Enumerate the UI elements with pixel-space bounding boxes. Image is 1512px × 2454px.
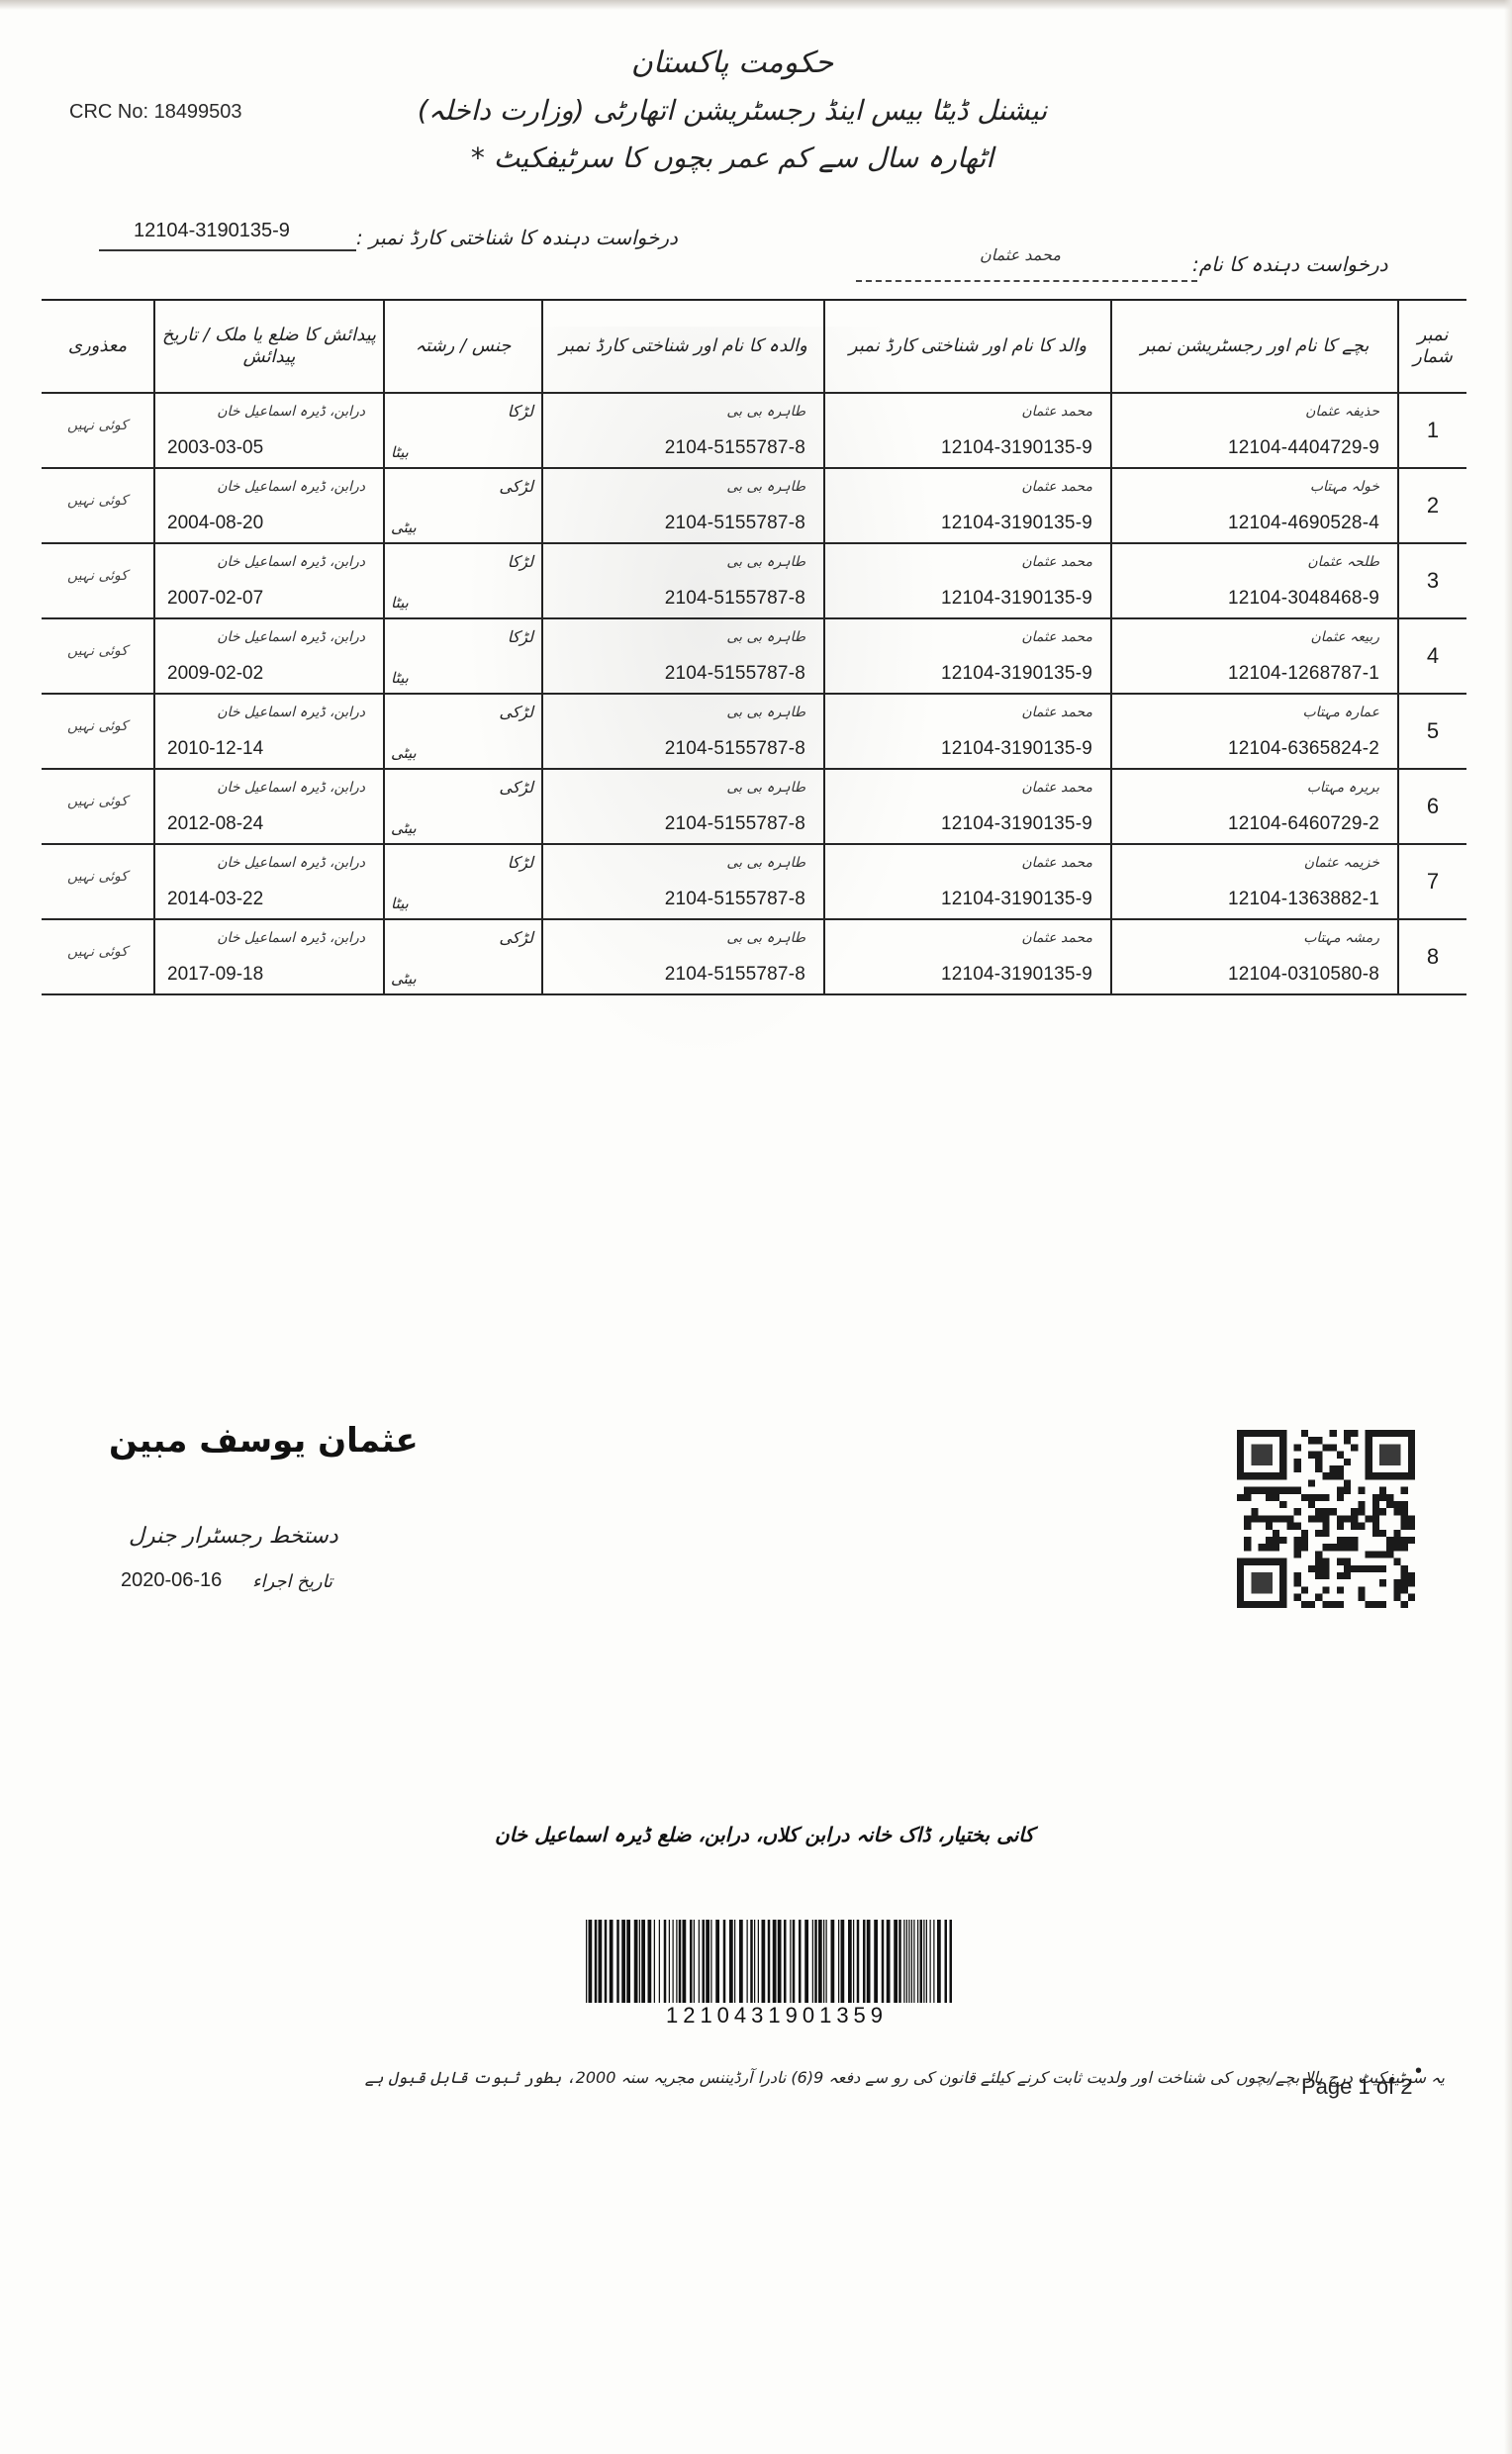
cell-disability: کوئی نہیں: [42, 845, 153, 918]
registrar-signature-name: عثمان یوسف مبین: [109, 1421, 419, 1461]
cell-serial: 1: [1397, 394, 1466, 467]
cell-birth: درابن، ڈیرہ اسماعیل خان 2010-12-14: [153, 695, 383, 768]
child-registration-number: 12104-3048468-9: [1228, 588, 1379, 610]
barcode-number: 1210431901359: [579, 2003, 975, 2029]
cell-child: خزیمہ عثمان 12104-1363882-1: [1110, 845, 1397, 918]
gender: لڑکا: [508, 402, 533, 421]
barcode-icon: [586, 1920, 957, 2003]
col-header-label: بچے کا نام اور رجسٹریشن نمبر: [1135, 335, 1375, 357]
gender: لڑکی: [499, 778, 533, 797]
cell-disability: کوئی نہیں: [42, 619, 153, 693]
cell-father: محمد عثمان 12104-3190135-9: [823, 770, 1110, 843]
cell-father: محمد عثمان 12104-3190135-9: [823, 920, 1110, 993]
cell-father: محمد عثمان 12104-3190135-9: [823, 619, 1110, 693]
date-of-birth: 2009-02-02: [167, 663, 263, 685]
serial-number: 1: [1399, 418, 1466, 443]
child-registration-number: 12104-0310580-8: [1228, 964, 1379, 986]
cell-father: محمد عثمان 12104-3190135-9: [823, 695, 1110, 768]
gender: لڑکا: [508, 552, 533, 571]
legal-footnote: یہ سرٹیفکیٹ درج بالا بچے/بچوں کی شناخت ا…: [287, 2068, 1445, 2087]
page-top-edge: [0, 0, 1512, 10]
gender: لڑکی: [499, 928, 533, 947]
disability: کوئی نہیں: [42, 493, 153, 509]
relation: بیٹا: [391, 669, 409, 687]
cell-serial: 6: [1397, 770, 1466, 843]
mother-name: طاہرہ بی بی: [726, 780, 805, 796]
table-row: 5 عمارہ مہتاب 12104-6365824-2 محمد عثمان…: [42, 695, 1466, 770]
cell-child: بریرہ مہتاب 12104-6460729-2: [1110, 770, 1397, 843]
father-name: محمد عثمان: [1021, 855, 1092, 871]
date-of-birth: 2003-03-05: [167, 437, 263, 459]
father-cnic: 12104-3190135-9: [941, 813, 1092, 835]
father-name: محمد عثمان: [1021, 780, 1092, 796]
page-number: Page 1 of 2: [1301, 2074, 1413, 2100]
cell-mother: طاہرہ بی بی 2104-5155787-8: [541, 619, 823, 693]
birth-place: درابن، ڈیرہ اسماعیل خان: [217, 554, 365, 570]
table-row: 2 خولہ مہتاب 12104-4690528-4 محمد عثمان …: [42, 469, 1466, 544]
col-header-father: والد کا نام اور شناختی کارڈ نمبر: [823, 301, 1110, 392]
cell-birth: درابن، ڈیرہ اسماعیل خان 2003-03-05: [153, 394, 383, 467]
mother-name: طاہرہ بی بی: [726, 930, 805, 946]
address: کانی بختیار، ڈاک خانہ درابن کلاں، درابن،…: [495, 1823, 1034, 1846]
table-row: 6 بریرہ مہتاب 12104-6460729-2 محمد عثمان…: [42, 770, 1466, 845]
cell-child: طلحہ عثمان 12104-3048468-9: [1110, 544, 1397, 617]
cell-birth: درابن، ڈیرہ اسماعیل خان 2009-02-02: [153, 619, 383, 693]
cell-disability: کوئی نہیں: [42, 695, 153, 768]
mother-name: طاہرہ بی بی: [726, 855, 805, 871]
mother-name: طاہرہ بی بی: [726, 629, 805, 645]
col-header-label: والدہ کا نام اور شناختی کارڈ نمبر: [553, 335, 813, 357]
cell-child: حذیفہ عثمان 12104-4404729-9: [1110, 394, 1397, 467]
father-name: محمد عثمان: [1021, 629, 1092, 645]
cell-child: رمشہ مہتاب 12104-0310580-8: [1110, 920, 1397, 993]
child-name: ربیعہ عثمان: [1310, 629, 1379, 645]
mother-cnic: 2104-5155787-8: [665, 588, 805, 610]
child-registration-number: 12104-4404729-9: [1228, 437, 1379, 459]
child-registration-number: 12104-1268787-1: [1228, 663, 1379, 685]
cell-gender: لڑکا بیٹا: [383, 845, 541, 918]
father-cnic: 12104-3190135-9: [941, 588, 1092, 610]
mother-name: طاہرہ بی بی: [726, 404, 805, 420]
birth-place: درابن، ڈیرہ اسماعیل خان: [217, 780, 365, 796]
mother-name: طاہرہ بی بی: [726, 554, 805, 570]
cell-birth: درابن، ڈیرہ اسماعیل خان 2012-08-24: [153, 770, 383, 843]
mother-cnic: 2104-5155787-8: [665, 889, 805, 910]
cell-gender: لڑکا بیٹا: [383, 619, 541, 693]
cell-disability: کوئی نہیں: [42, 544, 153, 617]
mother-name: طاہرہ بی بی: [726, 705, 805, 720]
child-name: رمشہ مہتاب: [1303, 930, 1379, 946]
child-name: عمارہ مہتاب: [1303, 705, 1380, 720]
date-of-birth: 2014-03-22: [167, 889, 263, 910]
father-cnic: 12104-3190135-9: [941, 437, 1092, 459]
mother-cnic: 2104-5155787-8: [665, 437, 805, 459]
cell-disability: کوئی نہیں: [42, 469, 153, 542]
child-name: خزیمہ عثمان: [1304, 855, 1379, 871]
serial-number: 6: [1399, 794, 1466, 819]
cell-birth: درابن، ڈیرہ اسماعیل خان 2014-03-22: [153, 845, 383, 918]
cell-serial: 2: [1397, 469, 1466, 542]
date-of-birth: 2004-08-20: [167, 513, 263, 534]
crc-number: CRC No: 18499503: [69, 101, 242, 124]
applicant-name-label: درخواست دہندہ کا نام:: [1192, 252, 1388, 276]
mother-cnic: 2104-5155787-8: [665, 813, 805, 835]
gender: لڑکی: [499, 477, 533, 496]
child-registration-number: 12104-1363882-1: [1228, 889, 1379, 910]
qr-code-icon: [1227, 1430, 1425, 1608]
mother-name: طاہرہ بی بی: [726, 479, 805, 495]
child-registration-number: 12104-4690528-4: [1228, 513, 1379, 534]
cell-child: عمارہ مہتاب 12104-6365824-2: [1110, 695, 1397, 768]
col-header-label: معذوری: [62, 335, 133, 357]
col-header-label: جنس / رشتہ: [410, 335, 518, 357]
father-cnic: 12104-3190135-9: [941, 889, 1092, 910]
cell-birth: درابن، ڈیرہ اسماعیل خان 2007-02-07: [153, 544, 383, 617]
disability: کوئی نہیں: [42, 944, 153, 960]
cell-father: محمد عثمان 12104-3190135-9: [823, 394, 1110, 467]
cell-birth: درابن، ڈیرہ اسماعیل خان 2004-08-20: [153, 469, 383, 542]
cell-father: محمد عثمان 12104-3190135-9: [823, 544, 1110, 617]
child-registration-number: 12104-6365824-2: [1228, 738, 1379, 760]
father-cnic: 12104-3190135-9: [941, 663, 1092, 685]
relation: بیٹی: [391, 819, 417, 837]
col-header-label: والد کا نام اور شناختی کارڈ نمبر: [843, 335, 1092, 357]
father-cnic: 12104-3190135-9: [941, 738, 1092, 760]
cell-disability: کوئی نہیں: [42, 770, 153, 843]
father-cnic: 12104-3190135-9: [941, 964, 1092, 986]
serial-number: 3: [1399, 568, 1466, 594]
birth-place: درابن، ڈیرہ اسماعیل خان: [217, 855, 365, 871]
applicant-name-value: محمد عثمان: [980, 245, 1061, 264]
issue-date: 2020-06-16: [121, 1569, 222, 1592]
relation: بیٹی: [391, 744, 417, 762]
table-row: 8 رمشہ مہتاب 12104-0310580-8 محمد عثمان …: [42, 920, 1466, 995]
serial-number: 2: [1399, 493, 1466, 519]
relation: بیٹا: [391, 895, 409, 912]
col-header-label: پیدائش کا ضلع یا ملک / تاریخ پیدائش: [155, 325, 383, 368]
date-of-birth: 2012-08-24: [167, 813, 263, 835]
father-name: محمد عثمان: [1021, 479, 1092, 495]
mother-cnic: 2104-5155787-8: [665, 964, 805, 986]
gender: لڑکا: [508, 853, 533, 872]
cell-gender: لڑکا بیٹا: [383, 394, 541, 467]
cell-gender: لڑکا بیٹا: [383, 544, 541, 617]
table-row: 4 ربیعہ عثمان 12104-1268787-1 محمد عثمان…: [42, 619, 1466, 695]
serial-number: 5: [1399, 718, 1466, 744]
birth-place: درابن، ڈیرہ اسماعیل خان: [217, 930, 365, 946]
father-name: محمد عثمان: [1021, 705, 1092, 720]
birth-place: درابن، ڈیرہ اسماعیل خان: [217, 705, 365, 720]
applicant-cnic-value: 12104-3190135-9: [134, 220, 290, 242]
table-header-row: نمبر شمار بچے کا نام اور رجسٹریشن نمبر و…: [42, 301, 1466, 394]
col-header-gender: جنس / رشتہ: [383, 301, 541, 392]
applicant-cnic-label: درخواست دہندہ کا شناختی کارڈ نمبر :: [356, 226, 678, 249]
child-name: خولہ مہتاب: [1310, 479, 1379, 495]
relation: بیٹی: [391, 519, 417, 536]
gender: لڑکی: [499, 703, 533, 721]
cell-child: ربیعہ عثمان 12104-1268787-1: [1110, 619, 1397, 693]
cell-birth: درابن، ڈیرہ اسماعیل خان 2017-09-18: [153, 920, 383, 993]
cell-gender: لڑکی بیٹی: [383, 920, 541, 993]
cell-serial: 3: [1397, 544, 1466, 617]
col-header-serial: نمبر شمار: [1397, 301, 1466, 392]
cell-disability: کوئی نہیں: [42, 920, 153, 993]
father-name: محمد عثمان: [1021, 554, 1092, 570]
serial-number: 8: [1399, 944, 1466, 970]
table-row: 1 حذیفہ عثمان 12104-4404729-9 محمد عثمان…: [42, 394, 1466, 469]
date-of-birth: 2007-02-07: [167, 588, 263, 610]
mother-cnic: 2104-5155787-8: [665, 513, 805, 534]
disability: کوئی نہیں: [42, 418, 153, 433]
applicant-name-underline: [856, 280, 1197, 282]
mother-cnic: 2104-5155787-8: [665, 738, 805, 760]
cell-serial: 8: [1397, 920, 1466, 993]
disability: کوئی نہیں: [42, 869, 153, 885]
gender: لڑکا: [508, 627, 533, 646]
serial-number: 4: [1399, 643, 1466, 669]
serial-number: 7: [1399, 869, 1466, 895]
relation: بیٹی: [391, 970, 417, 988]
issue-date-label: تاریخ اجراء: [252, 1571, 332, 1592]
cell-serial: 4: [1397, 619, 1466, 693]
title-line-nadra: نیشنل ڈیٹا بیس اینڈ رجسٹریشن اتھارٹی (وز…: [416, 87, 1049, 135]
document-title: حکومت پاکستان نیشنل ڈیٹا بیس اینڈ رجسٹری…: [416, 40, 1049, 182]
table-row: 7 خزیمہ عثمان 12104-1363882-1 محمد عثمان…: [42, 845, 1466, 920]
col-header-child: بچے کا نام اور رجسٹریشن نمبر: [1110, 301, 1397, 392]
child-name: حذیفہ عثمان: [1305, 404, 1379, 420]
cell-gender: لڑکی بیٹی: [383, 469, 541, 542]
cell-mother: طاہرہ بی بی 2104-5155787-8: [541, 920, 823, 993]
applicant-cnic-underline: [99, 249, 356, 251]
cell-child: خولہ مہتاب 12104-4690528-4: [1110, 469, 1397, 542]
father-name: محمد عثمان: [1021, 404, 1092, 420]
cell-gender: لڑکی بیٹی: [383, 770, 541, 843]
registrar-signature-title: دستخط رجسٹرار جنرل: [129, 1524, 338, 1549]
cell-father: محمد عثمان 12104-3190135-9: [823, 469, 1110, 542]
cell-mother: طاہرہ بی بی 2104-5155787-8: [541, 544, 823, 617]
table-row: 3 طلحہ عثمان 12104-3048468-9 محمد عثمان …: [42, 544, 1466, 619]
mother-cnic: 2104-5155787-8: [665, 663, 805, 685]
birth-place: درابن، ڈیرہ اسماعیل خان: [217, 629, 365, 645]
child-name: طلحہ عثمان: [1307, 554, 1379, 570]
disability: کوئی نہیں: [42, 568, 153, 584]
disability: کوئی نہیں: [42, 794, 153, 809]
cell-mother: طاہرہ بی بی 2104-5155787-8: [541, 469, 823, 542]
col-header-disability: معذوری: [42, 301, 153, 392]
cell-mother: طاہرہ بی بی 2104-5155787-8: [541, 845, 823, 918]
children-table: نمبر شمار بچے کا نام اور رجسٹریشن نمبر و…: [42, 299, 1466, 995]
col-header-label: نمبر شمار: [1399, 325, 1466, 368]
child-registration-number: 12104-6460729-2: [1228, 813, 1379, 835]
father-name: محمد عثمان: [1021, 930, 1092, 946]
disability: کوئی نہیں: [42, 718, 153, 734]
cell-serial: 7: [1397, 845, 1466, 918]
cell-mother: طاہرہ بی بی 2104-5155787-8: [541, 695, 823, 768]
date-of-birth: 2010-12-14: [167, 738, 263, 760]
page-right-edge: [1504, 0, 1512, 2454]
cell-mother: طاہرہ بی بی 2104-5155787-8: [541, 770, 823, 843]
col-header-mother: والدہ کا نام اور شناختی کارڈ نمبر: [541, 301, 823, 392]
birth-place: درابن، ڈیرہ اسماعیل خان: [217, 479, 365, 495]
birth-place: درابن، ڈیرہ اسماعیل خان: [217, 404, 365, 420]
cell-mother: طاہرہ بی بی 2104-5155787-8: [541, 394, 823, 467]
relation: بیٹا: [391, 594, 409, 612]
cell-serial: 5: [1397, 695, 1466, 768]
cell-father: محمد عثمان 12104-3190135-9: [823, 845, 1110, 918]
title-line-government: حکومت پاکستان: [416, 40, 1049, 87]
col-header-birth: پیدائش کا ضلع یا ملک / تاریخ پیدائش: [153, 301, 383, 392]
relation: بیٹا: [391, 443, 409, 461]
cell-disability: کوئی نہیں: [42, 394, 153, 467]
father-cnic: 12104-3190135-9: [941, 513, 1092, 534]
title-line-certificate: اٹھارہ سال سے کم عمر بچوں کا سرٹیفکیٹ *: [416, 135, 1049, 182]
child-name: بریرہ مہتاب: [1307, 780, 1379, 796]
date-of-birth: 2017-09-18: [167, 964, 263, 986]
cell-gender: لڑکی بیٹی: [383, 695, 541, 768]
disability: کوئی نہیں: [42, 643, 153, 659]
